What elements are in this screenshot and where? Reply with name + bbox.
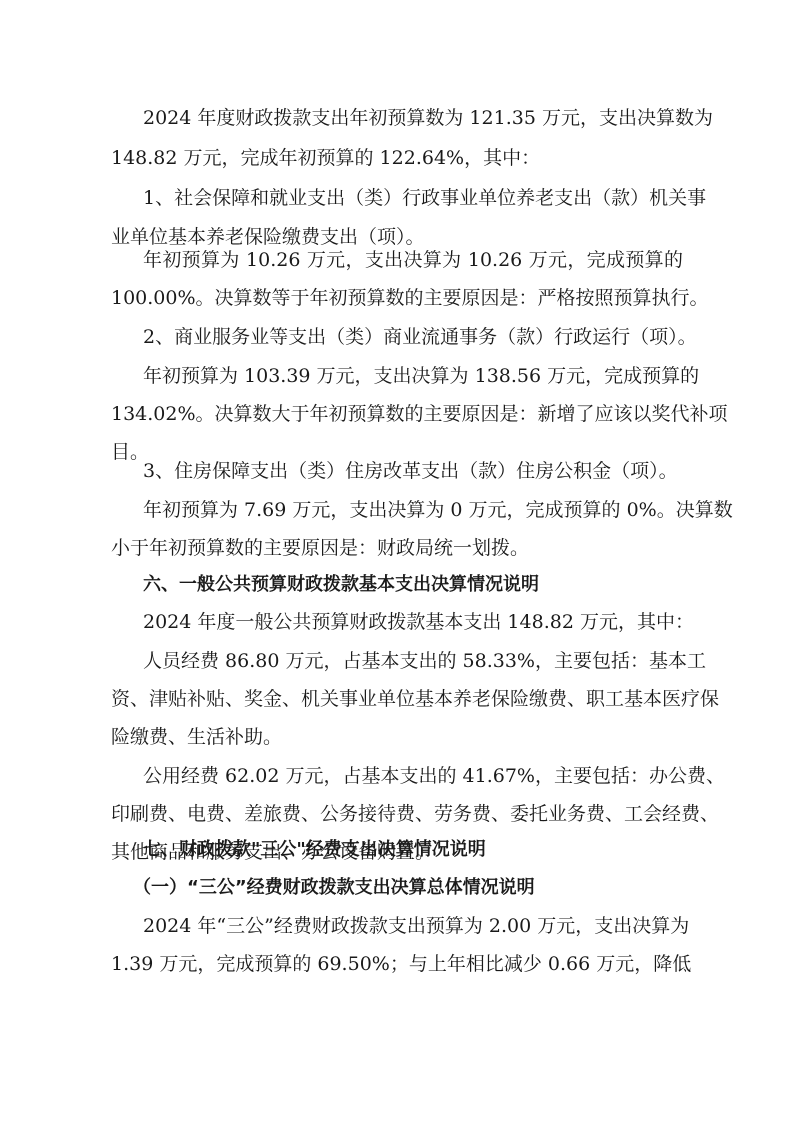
paragraph-line: 2024 年“三公”经费财政拨款支出预算为 2.00 万元，支出决算为 xyxy=(143,914,683,938)
section-heading: 六、一般公共预算财政拨款基本支出决算情况说明 xyxy=(143,573,539,597)
paragraph-line: 1、社会保障和就业支出（类）行政事业单位养老支出（款）机关事 xyxy=(143,186,683,210)
document-page: 2024 年度财政拨款支出年初预算数为 121.35 万元，支出决算数为 148… xyxy=(0,0,793,1122)
paragraph-line: 2024 年度一般公共预算财政拨款基本支出 148.82 万元，其中： xyxy=(143,610,683,634)
paragraph-line: 小于年初预算数的主要原因是：财政局统一划拨。 xyxy=(111,536,683,560)
paragraph-line: 2、商业服务业等支出（类）商业流通事务（款）行政运行（项）。 xyxy=(143,325,683,349)
paragraph-line: 业单位基本养老保险缴费支出（项）。 xyxy=(111,225,683,249)
paragraph-line: 人员经费 86.80 万元，占基本支出的 58.33%，主要包括：基本工 xyxy=(143,649,683,673)
paragraph-line: 100.00%。决算数等于年初预算数的主要原因是：严格按照预算执行。 xyxy=(111,286,683,310)
paragraph-line: 1.39 万元，完成预算的 69.50%；与上年相比减少 0.66 万元，降低 xyxy=(111,952,683,976)
paragraph-line: 资、津贴补贴、奖金、机关事业单位基本养老保险缴费、职工基本医疗保 xyxy=(111,687,683,711)
paragraph-line: 134.02%。决算数大于年初预算数的主要原因是：新增了应该以奖代补项 xyxy=(111,402,683,426)
paragraph-line: 年初预算为 7.69 万元，支出决算为 0 万元，完成预算的 0%。决算数 xyxy=(143,498,683,522)
paragraph-line: 印刷费、电费、差旅费、公务接待费、劳务费、委托业务费、工会经费、 xyxy=(111,802,683,826)
paragraph-line: 公用经费 62.02 万元，占基本支出的 41.67%，主要包括：办公费、 xyxy=(143,764,683,788)
section-heading: 七、财政拨款"三公"经费支出决算情况说明 xyxy=(143,838,486,862)
paragraph-line: 148.82 万元，完成年初预算的 122.64%，其中： xyxy=(111,146,683,170)
paragraph-line: 年初预算为 10.26 万元，支出决算为 10.26 万元，完成预算的 xyxy=(143,248,683,272)
paragraph-line: 3、住房保障支出（类）住房改革支出（款）住房公积金（项）。 xyxy=(143,459,683,483)
paragraph-line: 2024 年度财政拨款支出年初预算数为 121.35 万元，支出决算数为 xyxy=(143,106,683,130)
paragraph-line: 险缴费、生活补助。 xyxy=(111,725,683,749)
paragraph-line: 年初预算为 103.39 万元，支出决算为 138.56 万元，完成预算的 xyxy=(143,364,683,388)
section-subheading: （一）“三公”经费财政拨款支出决算总体情况说明 xyxy=(133,876,535,900)
